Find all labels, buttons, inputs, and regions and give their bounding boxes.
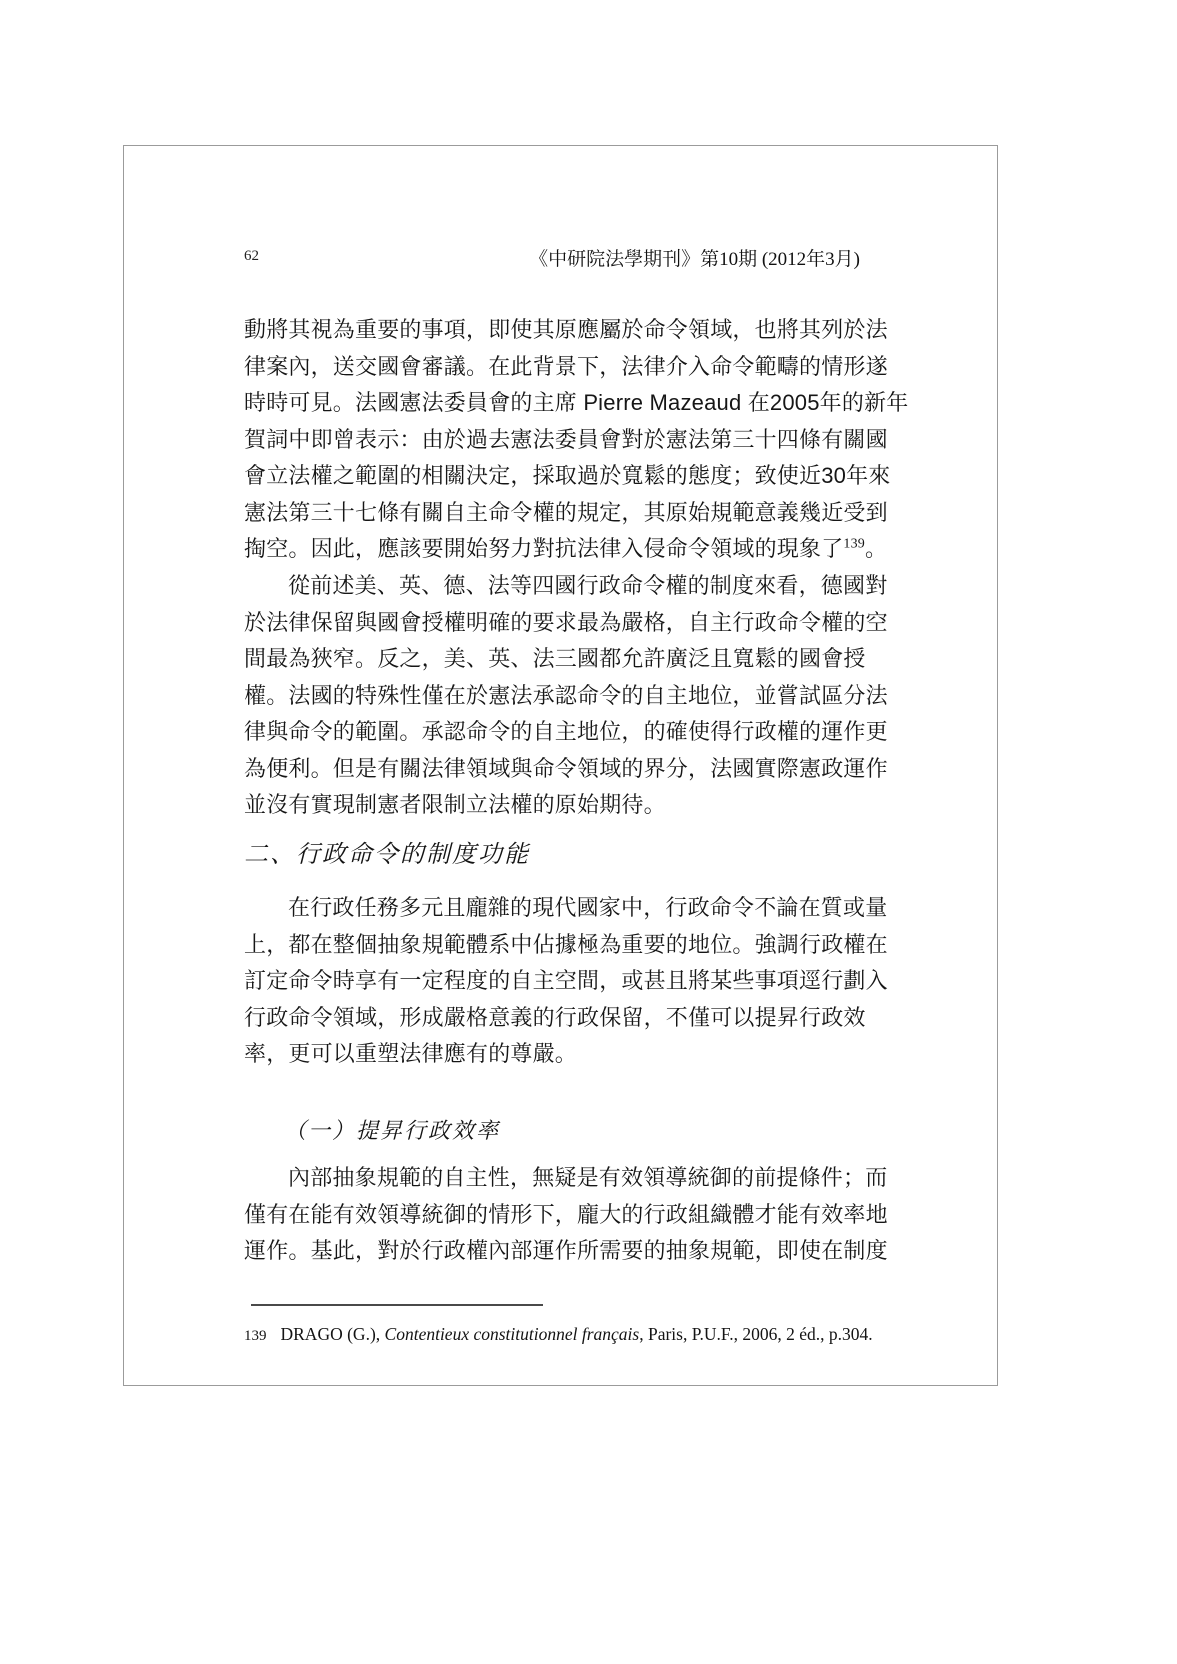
footnote-reference-superscript: 139 <box>843 537 865 552</box>
text-line: 權。法國的特殊性僅在於憲法承認命令的自主地位，並嘗試區分法 <box>244 678 862 715</box>
footnote-number: 139 <box>244 1328 267 1344</box>
subsection-heading: （一）提昇行政效率 <box>284 1114 500 1145</box>
text-line-with-footnote-ref: 掏空。因此，應該要開始努力對抗法律入侵命令領域的現象了139。 <box>244 531 862 568</box>
page-number: 62 <box>244 248 259 265</box>
text-segment: 掏空。因此，應該要開始努力對抗法律入侵命令領域的現象了 <box>244 536 843 561</box>
journal-reference: 《中研院法學期刊》第10期 (2012年3月) <box>529 244 860 271</box>
footnote-citation-tail: , Paris, P.U.F., 2006, 2 éd., p.304. <box>639 1324 872 1344</box>
footnote-author: DRAGO (G.), <box>281 1324 385 1344</box>
text-line: 於法律保留與國會授權明確的要求最為嚴格，自主行政命令權的空 <box>244 605 862 642</box>
text-line: 內部抽象規範的自主性，無疑是有效領導統御的前提條件；而 <box>244 1160 862 1197</box>
text-line: 率，更可以重塑法律應有的尊嚴。 <box>244 1036 862 1073</box>
text-line: 憲法第三十七條有關自主命令權的規定，其原始規範意義幾近受到 <box>244 495 862 532</box>
text-line: 賀詞中即曾表示：由於過去憲法委員會對於憲法第三十四條有關國 <box>244 422 862 459</box>
text-line: 律案內，送交國會審議。在此背景下，法律介入命令範疇的情形遂 <box>244 349 862 386</box>
journal-page: 62 《中研院法學期刊》第10期 (2012年3月) 動將其視為重要的事項，即使… <box>123 145 998 1386</box>
paragraph-3: 在行政任務多元且龐雜的現代國家中，行政命令不論在質或量 上，都在整個抽象規範體系… <box>244 890 862 1073</box>
text-line: 律與命令的範圍。承認命令的自主地位，的確使得行政權的運作更 <box>244 714 862 751</box>
section-heading: 二、行政命令的制度功能 <box>244 834 530 869</box>
text-line: 間最為狹窄。反之，美、英、法三國都允許廣泛且寬鬆的國會授 <box>244 641 862 678</box>
document-canvas: 62 《中研院法學期刊》第10期 (2012年3月) 動將其視為重要的事項，即使… <box>0 0 1177 1664</box>
text-line: 在行政任務多元且龐雜的現代國家中，行政命令不論在質或量 <box>244 890 862 927</box>
footnote-139: 139DRAGO (G.), Contentieux constitutionn… <box>244 1321 934 1349</box>
text-segment: 。 <box>865 536 887 561</box>
page-header: 62 《中研院法學期刊》第10期 (2012年3月) <box>244 244 860 272</box>
text-line: 行政命令領域，形成嚴格意義的行政保留，不僅可以提昇行政效 <box>244 1000 862 1037</box>
text-line: 僅有在能有效領導統御的情形下，龐大的行政組織體才能有效率地 <box>244 1197 862 1234</box>
footnote-title: Contentieux constitutionnel français <box>385 1324 640 1344</box>
paragraph-2: 從前述美、英、德、法等四國行政命令權的制度來看，德國對 於法律保留與國會授權明確… <box>244 568 862 824</box>
text-line: 時時可見。法國憲法委員會的主席 Pierre Mazeaud 在2005年的新年 <box>244 385 862 422</box>
text-line: 為便利。但是有關法律領域與命令領域的界分，法國實際憲政運作 <box>244 751 862 788</box>
text-line: 上，都在整個抽象規範體系中佔據極為重要的地位。強調行政權在 <box>244 927 862 964</box>
text-line: 從前述美、英、德、法等四國行政命令權的制度來看，德國對 <box>244 568 862 605</box>
footnote-divider <box>251 1304 543 1306</box>
text-line: 並沒有實現制憲者限制立法權的原始期待。 <box>244 787 862 824</box>
text-line: 會立法權之範圍的相關決定，採取過於寬鬆的態度；致使近30年來 <box>244 458 862 495</box>
text-line: 運作。基此，對於行政權內部運作所需要的抽象規範，即使在制度 <box>244 1233 862 1270</box>
text-line: 訂定命令時享有一定程度的自主空間，或甚且將某些事項逕行劃入 <box>244 963 862 1000</box>
paragraph-1: 動將其視為重要的事項，即使其原應屬於命令領域，也將其列於法 律案內，送交國會審議… <box>244 312 862 568</box>
text-line: 動將其視為重要的事項，即使其原應屬於命令領域，也將其列於法 <box>244 312 862 349</box>
paragraph-4: 內部抽象規範的自主性，無疑是有效領導統御的前提條件；而 僅有在能有效領導統御的情… <box>244 1160 862 1270</box>
